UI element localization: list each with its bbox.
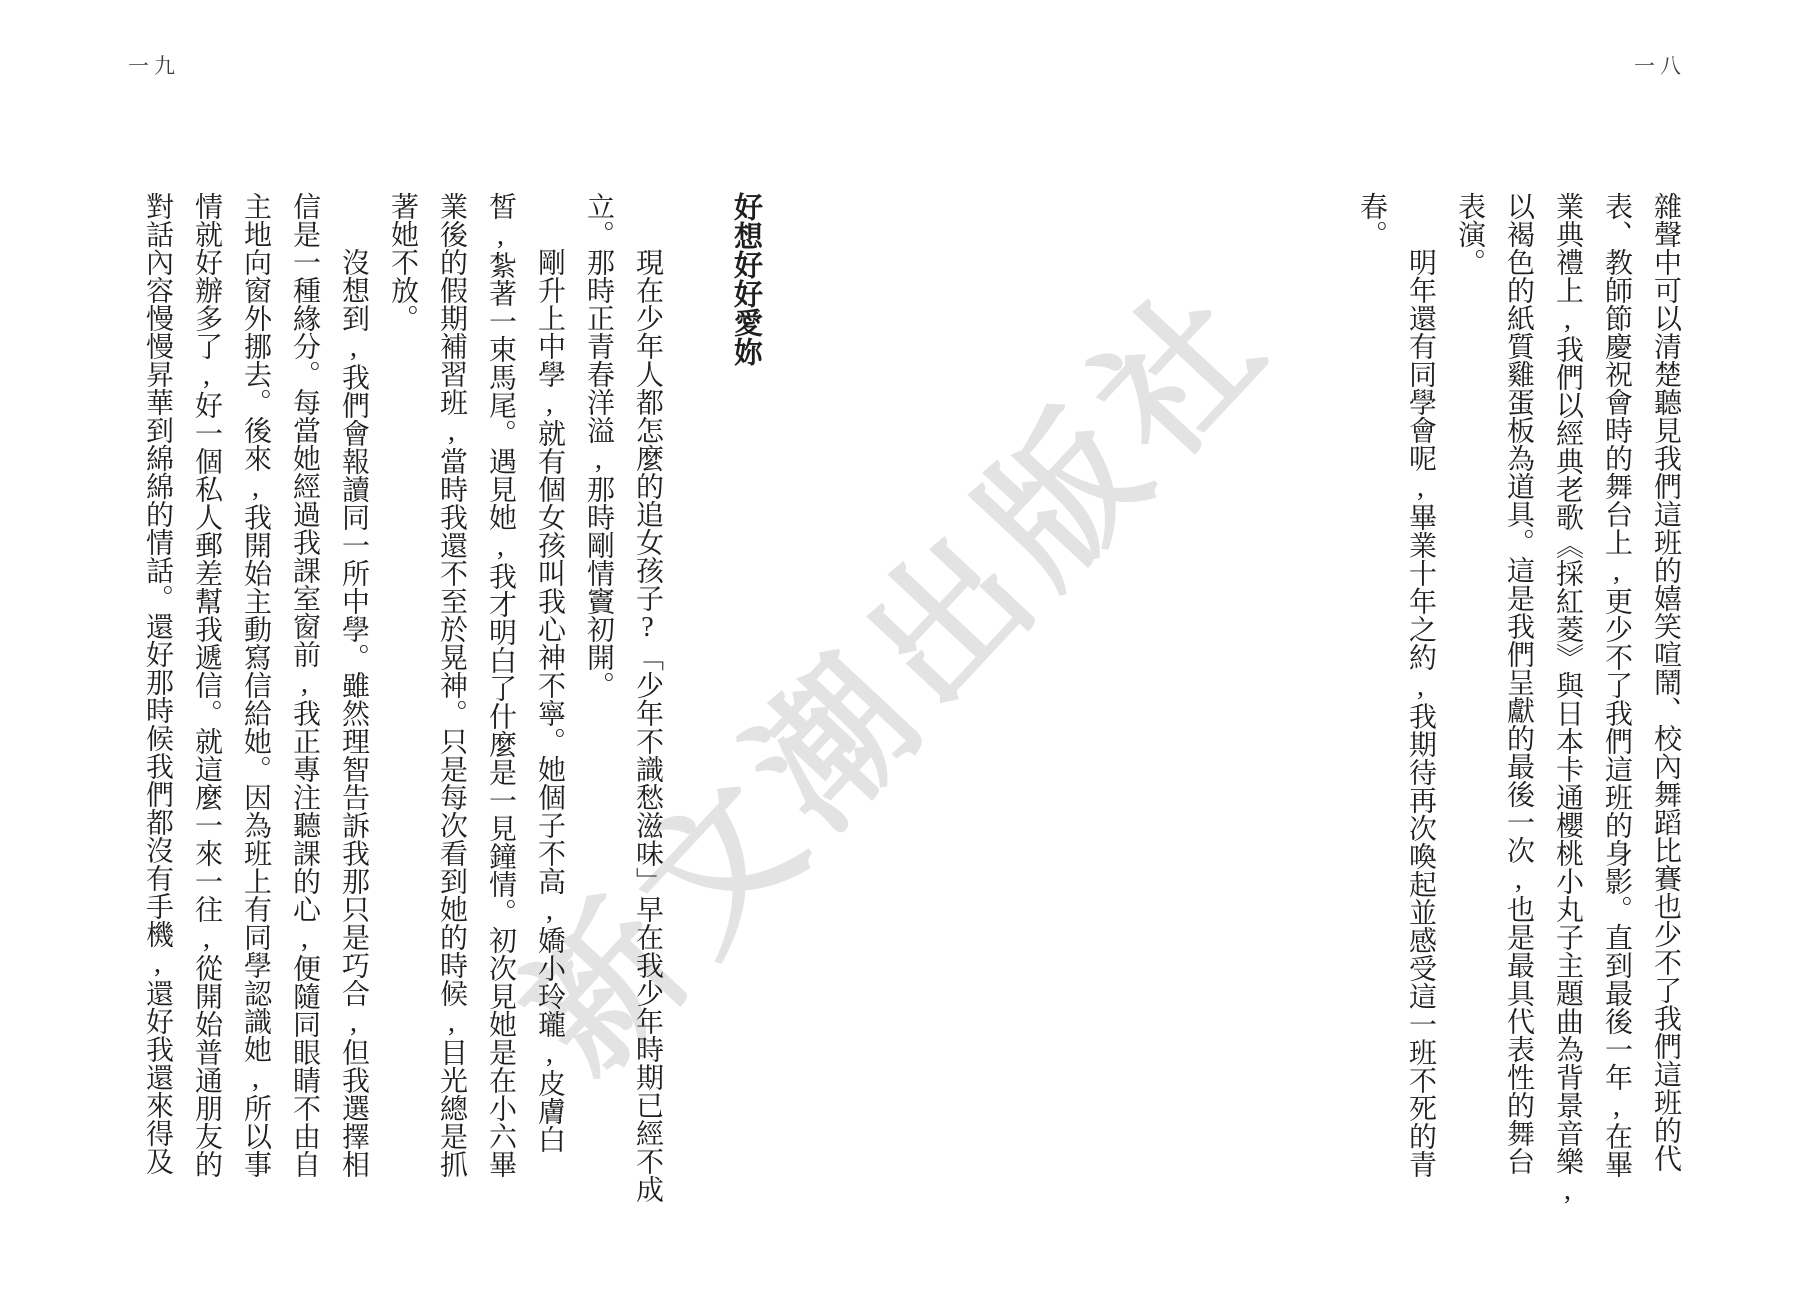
text-column: 現在少年人都怎麼的追女孩子?「少年不識愁滋味」早在我少年時期已經不成 bbox=[623, 192, 672, 1203]
text-column: 業典禮上,我們以經典老歌《採紅菱》與日本卡通櫻桃小丸子主題曲為背景音樂, bbox=[1543, 192, 1592, 1206]
text-column: 對話內容慢慢昇華到綿綿的情話。還好那時候我們都沒有手機,還好我還來得及 bbox=[133, 192, 182, 1203]
page-number-right: 一八 bbox=[1634, 50, 1686, 80]
text-column: 業後的假期補習班,當時我還不至於晃神。只是每次看到她的時候,目光總是抓 bbox=[427, 192, 476, 1203]
text-column: 表演。 bbox=[1445, 192, 1494, 1206]
text-column: 以褐色的紙質雞蛋板為道具。這是我們呈獻的最後一次,也是最具代表性的舞台 bbox=[1494, 192, 1543, 1206]
text-column: 春。 bbox=[1347, 192, 1396, 1206]
page-left: 一九 好想好好愛妳現在少年人都怎麼的追女孩子?「少年不識愁滋味」早在我少年時期已… bbox=[0, 0, 900, 1316]
page-number-left: 一九 bbox=[128, 50, 180, 80]
text-column: 沒想到,我們會報讀同一所中學。雖然理智告訴我那只是巧合,但我選擇相 bbox=[329, 192, 378, 1203]
page-right: 一八 雜聲中可以清楚聽見我們這班的嬉笑喧鬧、校內舞蹈比賽也少不了我們這班的代表、… bbox=[900, 0, 1800, 1316]
page-left-text-block: 好想好好愛妳現在少年人都怎麼的追女孩子?「少年不識愁滋味」早在我少年時期已經不成… bbox=[133, 192, 770, 1203]
text-column: 皙,紮著一束馬尾。遇見她,我才明白了什麼是一見鐘情。初次見她是在小六畢 bbox=[476, 192, 525, 1203]
text-column: 著她不放。 bbox=[378, 192, 427, 1203]
text-column: 主地向窗外挪去。後來,我開始主動寫信給她。因為班上有同學認識她,所以事 bbox=[231, 192, 280, 1203]
text-column: 立。那時正青春洋溢,那時剛情竇初開。 bbox=[574, 192, 623, 1203]
text-column: 表、教師節慶祝會時的舞台上,更少不了我們這班的身影。直到最後一年,在畢 bbox=[1592, 192, 1641, 1206]
page-right-text-block: 雜聲中可以清楚聽見我們這班的嬉笑喧鬧、校內舞蹈比賽也少不了我們這班的代表、教師節… bbox=[1347, 192, 1690, 1206]
book-spread: 新文潮出版社 一九 好想好好愛妳現在少年人都怎麼的追女孩子?「少年不識愁滋味」早… bbox=[0, 0, 1800, 1316]
text-column: 明年還有同學會呢,畢業十年之約,我期待再次喚起並感受這一班不死的青 bbox=[1396, 192, 1445, 1206]
text-column: 雜聲中可以清楚聽見我們這班的嬉笑喧鬧、校內舞蹈比賽也少不了我們這班的代 bbox=[1641, 192, 1690, 1206]
text-column: 信是一種緣分。每當她經過我課室窗前,我正專注聽課的心,便隨同眼睛不由自 bbox=[280, 192, 329, 1203]
text-column: 情就好辦多了,好一個私人郵差幫我遞信。就這麼一來一往,從開始普通朋友的 bbox=[182, 192, 231, 1203]
text-column: 剛升上中學,就有個女孩叫我心神不寧。她個子不高,嬌小玲瓏,皮膚白 bbox=[525, 192, 574, 1203]
chapter-title: 好想好好愛妳 bbox=[721, 192, 770, 1203]
column-spacer bbox=[672, 192, 721, 1203]
